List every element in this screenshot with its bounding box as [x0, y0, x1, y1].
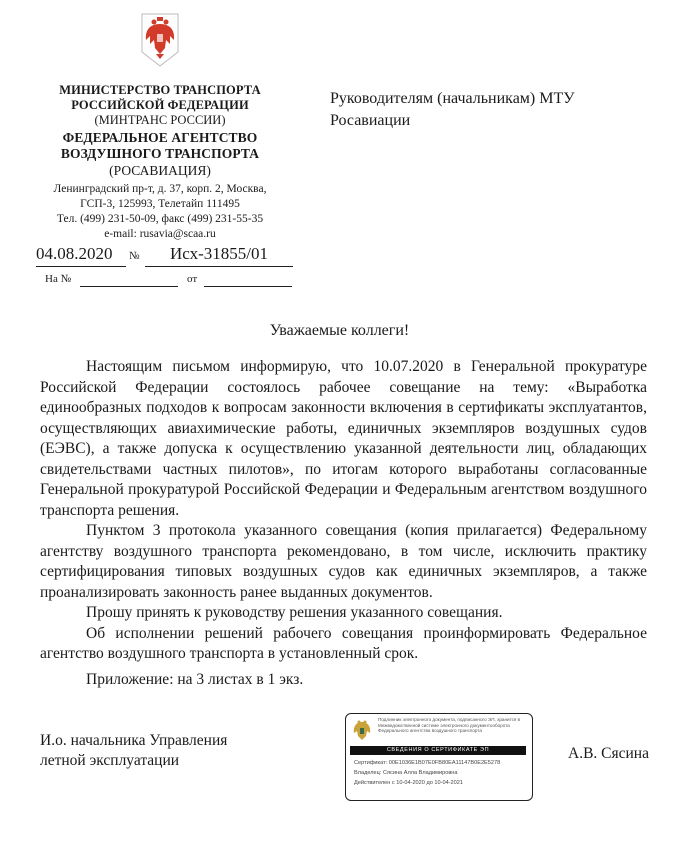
gold-eagle-crest-icon	[352, 719, 372, 743]
signer-position-line1: И.о. начальника Управления	[40, 731, 227, 751]
stamp-title: СВЕДЕНИЯ О СЕРТИФИКАТЕ ЭП	[350, 746, 526, 755]
signer-position-line2: летной эксплуатации	[40, 751, 227, 771]
document-date: 04.08.2020	[36, 244, 126, 267]
agency-name-line1: ФЕДЕРАЛЬНОЕ АГЕНТСТВО	[30, 130, 290, 146]
reply-to-label: На №	[45, 273, 71, 285]
body-paragraph: Об исполнении решений рабочего совещания…	[40, 624, 647, 665]
russian-coat-of-arms-icon	[140, 12, 180, 68]
attachment-note: Приложение: на 3 листах в 1 экз.	[86, 671, 303, 689]
document-number: Исх-31855/01	[145, 244, 293, 267]
from-value	[204, 273, 292, 287]
agency-name-line2: ВОЗДУШНОГО ТРАНСПОРТА	[30, 146, 290, 162]
certificate-id: Сертификат: 00E1036E1B07E0FB80EA11147B0E…	[354, 760, 500, 766]
reply-to-value	[80, 273, 178, 287]
recipient-block: Руководителям (начальникам) МТУ Росавиац…	[330, 88, 650, 132]
greeting: Уважаемые коллеги!	[0, 322, 679, 340]
e-signature-stamp: Подлинник электронного документа, подпис…	[345, 713, 533, 801]
email: e-mail: rusavia@scaa.ru	[30, 227, 290, 242]
phone-fax: Тел. (499) 231-50-09, факс (499) 231-55-…	[30, 212, 290, 227]
number-sign: №	[129, 250, 140, 262]
letter-body: Настоящим письмом информирую, что 10.07.…	[40, 357, 647, 665]
letterhead: МИНИСТЕРСТВО ТРАНСПОРТА РОССИЙСКОЙ ФЕДЕР…	[30, 83, 290, 242]
address-line1: Ленинградский пр-т, д. 37, корп. 2, Моск…	[30, 182, 290, 197]
recipient-line1: Руководителям (начальникам) МТУ	[330, 88, 650, 110]
certificate-owner: Владелец: Сясина Алла Владимировна	[354, 770, 458, 776]
agency-short-name: (РОСАВИАЦИЯ)	[30, 162, 290, 179]
stamp-notice: Подлинник электронного документа, подпис…	[378, 717, 528, 734]
body-paragraph: Прошу принять к руководству решения указ…	[40, 603, 647, 624]
from-label: от	[187, 273, 197, 285]
ministry-short-name: (МИНТРАНС РОССИИ)	[30, 113, 290, 128]
ministry-name-line2: РОССИЙСКОЙ ФЕДЕРАЦИИ	[30, 98, 290, 113]
certificate-validity: Действителен с 10-04-2020 до 10-04-2021	[354, 780, 463, 786]
address-line2: ГСП-3, 125993, Телетайп 111495	[30, 197, 290, 212]
recipient-line2: Росавиации	[330, 110, 650, 132]
signer-name: А.В. Сясина	[568, 745, 649, 763]
signer-position: И.о. начальника Управления летной эксплу…	[40, 731, 227, 771]
body-paragraph: Пунктом 3 протокола указанного совещания…	[40, 521, 647, 603]
body-paragraph: Настоящим письмом информирую, что 10.07.…	[40, 357, 647, 521]
ministry-name-line1: МИНИСТЕРСТВО ТРАНСПОРТА	[30, 83, 290, 98]
